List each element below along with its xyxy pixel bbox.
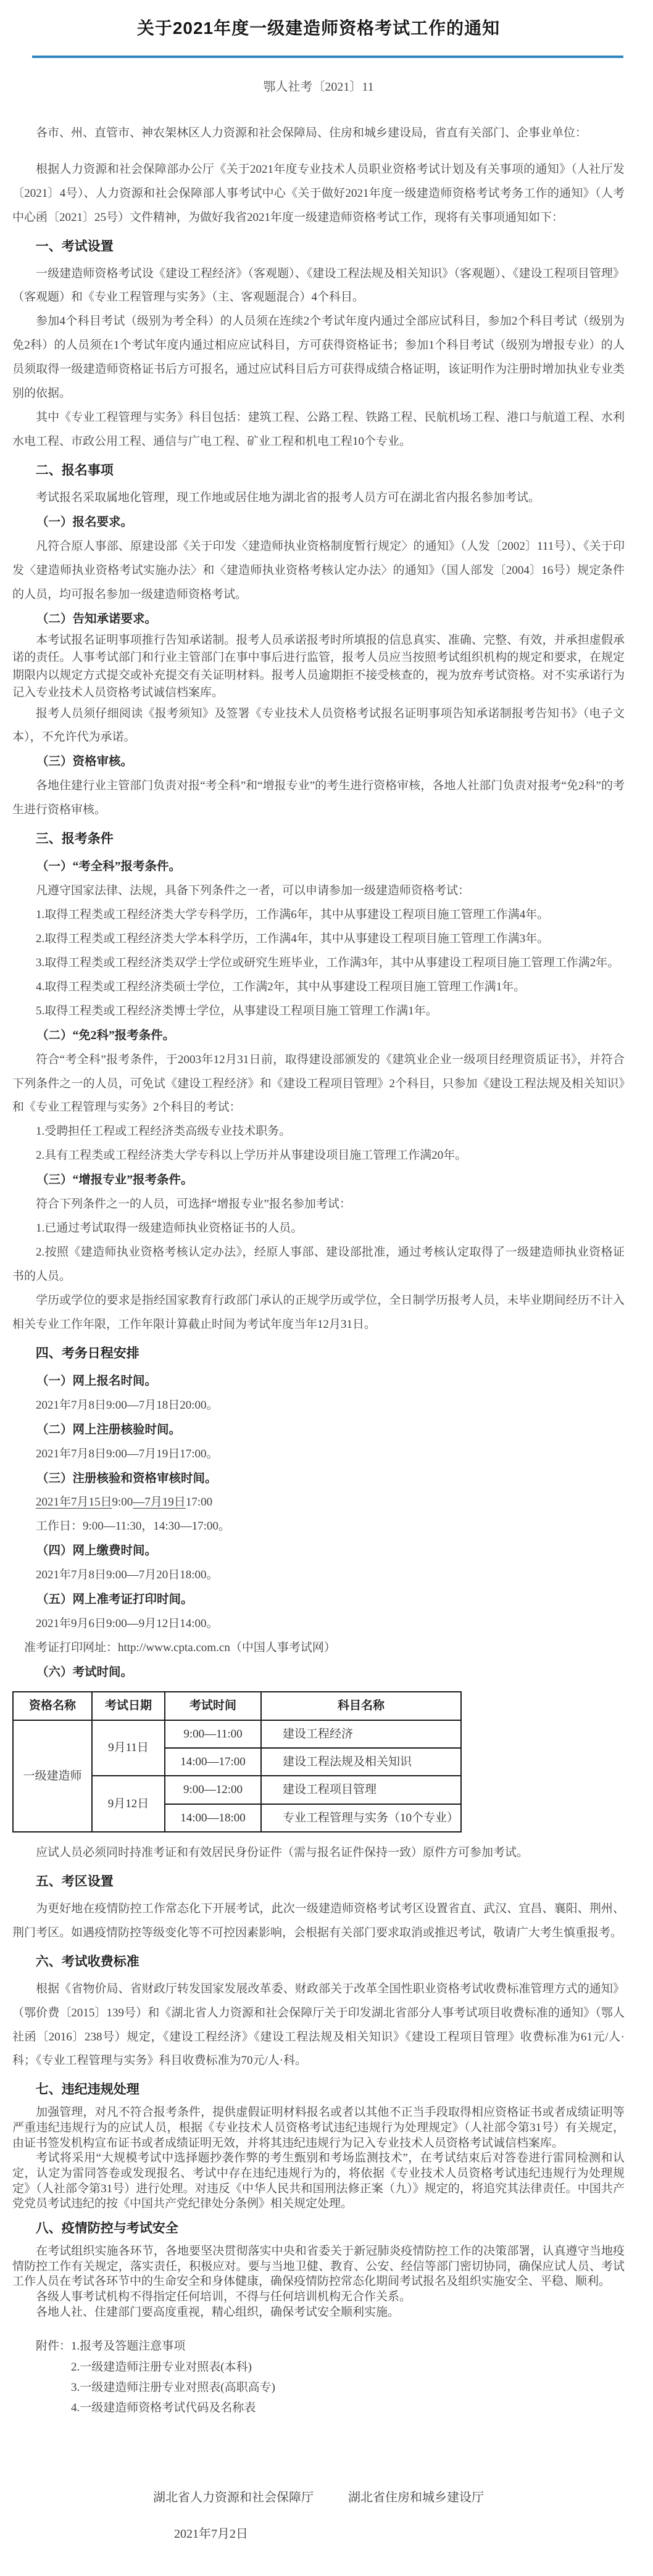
attachment-item: 2.一级建造师注册专业对照表(本科) [71,2357,625,2377]
table-header-subject: 科目名称 [261,1692,461,1720]
exam-schedule-table: 资格名称 考试日期 考试时间 科目名称 一级建造师 9月11日 9:00—11:… [12,1691,462,1833]
condition-item: 1.取得工程类或工程经济类大学专科学历，工作满6年，其中从事建设工程项目施工管理… [12,903,625,927]
section-5-heading: 五、考区设置 [12,1870,625,1894]
section-1-paragraph-majors: 其中《专业工程管理与实务》科目包括：建筑工程、公路工程、铁路工程、民航机场工程、… [12,406,625,454]
condition-item: 3.取得工程类或工程经济类双学士学位或研究生班毕业，工作满3年，其中从事建设工程… [12,951,625,975]
audit-time-end: 17:00 [186,1496,212,1509]
section-2-heading: 二、报名事项 [12,459,625,482]
section-2-sub-1-heading: （一）报名要求。 [12,510,625,535]
table-header-date: 考试日期 [92,1692,165,1720]
condition-item: 2.按照《建造师执业资格考核认定办法》，经原人事部、建设部批准，通过考核认定取得… [12,1241,625,1289]
payment-time-heading: （四）网上缴费时间。 [12,1539,625,1563]
notice-document: 关于2021年度一级建造师资格考试工作的通知 鄂人社考〔2021〕11 各市、州… [0,0,653,2576]
table-cell-qualification: 一级建造师 [13,1720,92,1833]
section-8-paragraph-1: 在考试组织实施各环节，各地要坚决贯彻落实中央和省委关于新冠肺炎疫情防控工作的决策… [12,2244,625,2290]
doc-number: 鄂人社考〔2021〕11 [12,77,625,94]
section-8-paragraph-3: 各地人社、住建部门要高度重视，精心组织，确保考试安全顺利实施。 [12,2305,625,2321]
condition-item: 2.取得工程类或工程经济类大学本科学历，工作满4年，其中从事建设工程项目施工管理… [12,927,625,951]
attachment-item: 1.报考及答题注意事项 [71,2340,185,2353]
addressee-paragraph: 各市、州、直管市、神农架林区人力资源和社会保障局、住房和城乡建设局，省直有关部门… [12,122,625,146]
section-2-sub-1-paragraph: 凡符合原人事部、原建设部《关于印发〈建造师执业资格制度暂行规定〉的通知》（人发〔… [12,535,625,607]
table-row: 一级建造师 9月11日 9:00—11:00 建设工程经济 [13,1720,461,1748]
section-7-paragraph-2: 考试将采用“大规模考试中选择题抄袭作弊的考生甄别和考场监测技术”，在考试结束后对… [12,2151,625,2212]
registration-time-heading: （一）网上报名时间。 [12,1369,625,1394]
table-cell-subject: 建设工程经济 [261,1720,461,1748]
section-1-heading: 一、考试设置 [12,235,625,259]
section-2-sub-2-paragraph-1: 本考试报名证明事项推行告知承诺制。报考人员承诺报考时所填报的信息真实、准确、完整… [12,632,625,702]
section-7-heading: 七、违纪违规处理 [12,2078,625,2102]
section-1-paragraph-subjects: 一级建造师资格考试设《建设工程经济》（客观题）、《建设工程法规及相关知识》（客观… [12,262,625,310]
section-8-heading: 八、疫情防控与考试安全 [12,2217,625,2240]
online-verification-value: 2021年7月8日9:00—7月19日17:00。 [12,1443,625,1467]
section-3-sub-2-heading: （二）“免2科”报考条件。 [12,1024,625,1048]
signature-org-2: 湖北省住房和城乡建设厅 [348,2487,484,2505]
section-1-paragraph-levels: 参加4个科目考试（级别为考全科）的人员须在连续2个考试年度内通过全部应试科目，参… [12,310,625,406]
table-header-qualification: 资格名称 [13,1692,92,1720]
admission-ticket-heading: （五）网上准考证打印时间。 [12,1588,625,1612]
section-3-sub-1-heading: （一）“考全科”报考条件。 [12,855,625,879]
section-2-sub-3-heading: （三）资格审核。 [12,750,625,774]
table-cell-time: 14:00—17:00 [165,1748,261,1776]
attachments-block: 附件：1.报考及答题注意事项 2.一级建造师注册专业对照表(本科) 3.一级建造… [12,2336,625,2418]
condition-item: 2.具有工程类或工程经济类大学专科以上学历并从事建设项目施工管理工作满20年。 [12,1144,625,1168]
audit-date-end: —7月19日 [133,1496,186,1509]
section-3-sub-3-heading: （三）“增报专业”报考条件。 [12,1168,625,1193]
section-4-note: 应试人员必须同时持准考证和有效居民身份证件（需与报名证件保持一致）原件方可参加考… [12,1841,625,1865]
table-cell-time: 9:00—12:00 [165,1776,261,1804]
table-cell-date-1: 9月11日 [92,1720,165,1776]
table-cell-subject: 建设工程法规及相关知识 [261,1748,461,1776]
signature-row: 湖北省人力资源和社会保障厅 湖北省住房和城乡建设厅 [12,2487,625,2505]
section-7-paragraph-1: 加强管理，对凡不符合报考条件，提供虚假证明材料报名或者以其他不正当手段取得相应资… [12,2105,625,2151]
section-2-sub-3-paragraph: 各地住建行业主管部门负责对报“考全科”和“增报专业”的考生进行资格审核，各地人社… [12,774,625,822]
section-6-heading: 六、考试收费标准 [12,1950,625,1974]
preamble-paragraph: 根据人力资源和社会保障部办公厅《关于2021年度专业技术人员职业资格考试计划及有… [12,158,625,230]
condition-item: 1.已通过考试取得一级建造师执业资格证书的人员。 [12,1217,625,1241]
table-cell-date-2: 9月12日 [92,1776,165,1832]
section-3-sub-2-intro: 符合“考全科”报考条件，于2003年12月31日前，取得建设部颁发的《建筑业企业… [12,1048,625,1120]
section-5-paragraph: 为更好地在疫情防控工作常态化下开展考试，此次一级建造师资格考试考区设置省直、武汉… [12,1897,625,1945]
table-header-time: 考试时间 [165,1692,261,1720]
table-cell-time: 14:00—18:00 [165,1804,261,1832]
attachment-item: 4.一级建造师资格考试代码及名称表 [71,2398,625,2418]
audit-time-heading: （三）注册核验和资格审核时间。 [12,1467,625,1491]
section-3-sub-1-intro: 凡遵守国家法律、法规，具备下列条件之一者，可以申请参加一级建造师资格考试： [12,879,625,903]
registration-time-value: 2021年7月8日9:00—7月18日20:00。 [12,1394,625,1418]
condition-item: 4.取得工程类或工程经济类硕士学位，工作满2年，其中从事建设工程项目施工管理工作… [12,975,625,1000]
signature-date: 2021年7月2日 [12,2524,625,2541]
section-3-sub-3-intro: 符合下列条件之一的人员，可选择“增报专业”报名参加考试： [12,1193,625,1217]
accent-divider [32,56,623,58]
attachments-label: 附件： [36,2340,71,2353]
admission-ticket-url: 准考证打印网址：http://www.cpta.com.cn（中国人事考试网） [12,1636,625,1660]
page-title: 关于2021年度一级建造师资格考试工作的通知 [12,15,625,39]
condition-item: 5.取得工程类或工程经济类博士学位，从事建设工程项目施工管理工作满1年。 [12,1000,625,1024]
section-3-note: 学历或学位的要求是指经国家教育行政部门承认的正规学历或学位，全日制学历报考人员，… [12,1289,625,1337]
attachment-item: 3.一级建造师注册专业对照表(高职高专) [71,2377,625,2398]
section-8-paragraph-2: 各级人事考试机构不得指定任何培训，不得与任何培训机构无合作关系。 [12,2290,625,2305]
exam-time-heading: （六）考试时间。 [12,1660,625,1685]
table-cell-time: 9:00—11:00 [165,1720,261,1748]
audit-workday-hours: 工作日：9:00—11:30，14:30—17:00。 [12,1515,625,1539]
section-6-paragraph: 根据《省物价局、省财政厅转发国家发展改革委、财政部关于改革全国性职业资格考试收费… [12,1978,625,2074]
section-3-heading: 三、报考条件 [12,827,625,851]
online-verification-heading: （二）网上注册核验时间。 [12,1418,625,1443]
attachments-first-line: 附件：1.报考及答题注意事项 [36,2336,625,2356]
section-2-sub-2-heading: （二）告知承诺要求。 [12,607,625,632]
audit-date-start: 2021年7月15日 [36,1496,112,1509]
section-2-intro: 考试报名采取属地化管理，现工作地或居住地为湖北省的报考人员方可在湖北省内报名参加… [12,486,625,510]
table-cell-subject: 建设工程项目管理 [261,1776,461,1804]
admission-ticket-value: 2021年9月6日9:00—9月12日14:00。 [12,1612,625,1636]
table-cell-subject: 专业工程管理与实务（10个专业） [261,1804,461,1832]
section-2-sub-2-paragraph-2: 报考人员须仔细阅读《报考须知》及签署《专业技术人员资格考试报名证明事项告知承诺制… [12,702,625,750]
section-4-heading: 四、考务日程安排 [12,1342,625,1365]
signature-org-1: 湖北省人力资源和社会保障厅 [153,2487,314,2505]
audit-time-value: 2021年7月15日9:00—7月19日17:00 [12,1491,625,1515]
condition-item: 1.受聘担任工程或工程经济类高级专业技术职务。 [12,1120,625,1144]
audit-time-start: 9:00 [112,1496,133,1509]
table-header-row: 资格名称 考试日期 考试时间 科目名称 [13,1692,461,1720]
payment-time-value: 2021年7月8日9:00—7月20日18:00。 [12,1563,625,1588]
